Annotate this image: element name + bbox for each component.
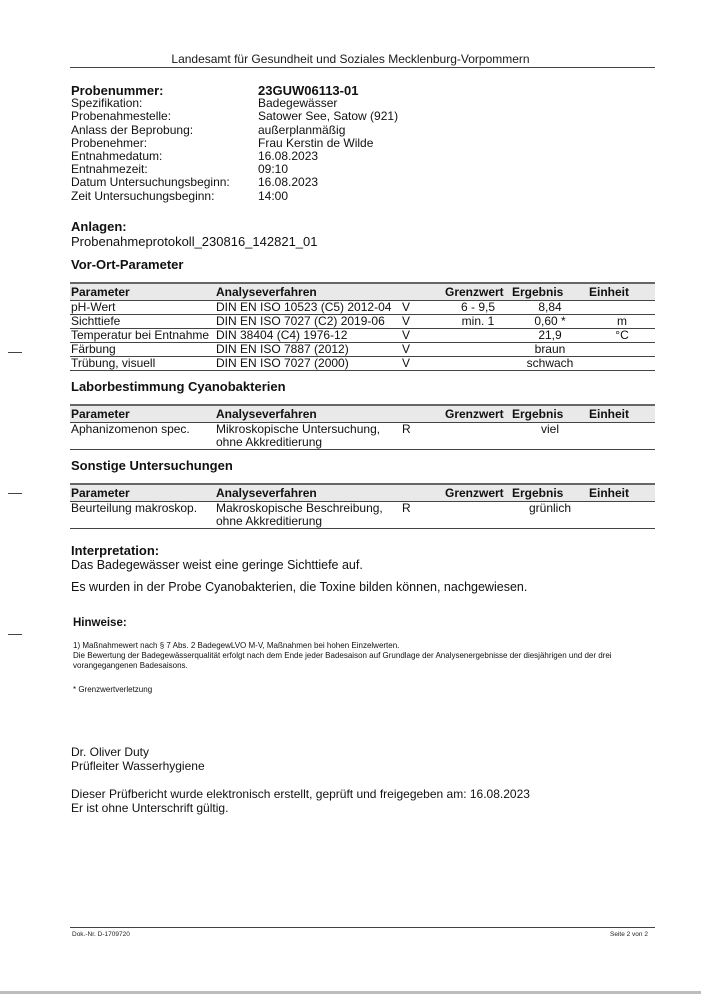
cell-limit bbox=[444, 423, 511, 450]
signatory-name: Dr. Oliver Duty bbox=[71, 745, 149, 759]
interpretation-heading: Interpretation: bbox=[71, 543, 159, 558]
fold-mark bbox=[8, 493, 22, 494]
info-value: 16.08.2023 bbox=[258, 176, 318, 189]
cell-parameter: Trübung, visuell bbox=[70, 357, 215, 371]
cell-unit bbox=[588, 502, 655, 529]
cell-parameter: Färbung bbox=[70, 343, 215, 357]
info-row-analysis-date: Datum Untersuchungsbeginn: 16.08.2023 bbox=[71, 176, 398, 189]
document-number: Dok.-Nr. D-1709720 bbox=[72, 931, 130, 938]
cell-limit bbox=[444, 329, 511, 343]
cell-limit: 6 - 9,5 bbox=[444, 301, 511, 315]
viewer-scrollbar-edge bbox=[0, 991, 701, 994]
attachments-heading: Anlagen: bbox=[71, 219, 127, 234]
section-title-other: Sonstige Untersuchungen bbox=[71, 458, 233, 473]
cell-parameter: Aphanizomenon spec. bbox=[70, 423, 215, 450]
col-header-unit: Einheit bbox=[588, 283, 655, 301]
cell-limit: min. 1 bbox=[444, 315, 511, 329]
col-header-method: Analyseverfahren bbox=[215, 405, 401, 423]
info-value: 14:00 bbox=[258, 190, 288, 203]
cell-unit bbox=[588, 423, 655, 450]
cell-accreditation: V bbox=[401, 343, 444, 357]
cell-result: braun bbox=[511, 343, 588, 357]
method-line-2: ohne Akkreditierung bbox=[216, 436, 401, 449]
cell-method: DIN 38404 (C4) 1976-12 bbox=[215, 329, 401, 343]
notes-line-2: Die Bewertung der Badegewässerqualität e… bbox=[73, 651, 633, 671]
info-label: Anlass der Beprobung: bbox=[71, 124, 258, 137]
method-line-2: ohne Akkreditierung bbox=[216, 515, 401, 528]
col-header-limit: Grenzwert bbox=[444, 405, 511, 423]
cell-limit bbox=[444, 343, 511, 357]
cell-accreditation: V bbox=[401, 357, 444, 371]
cell-result: grünlich bbox=[511, 502, 588, 529]
cell-accreditation: V bbox=[401, 329, 444, 343]
col-header-result: Ergebnis bbox=[511, 283, 588, 301]
info-row-sampling-site: Probenahmestelle: Satower See, Satow (92… bbox=[71, 110, 398, 123]
cell-method: Makroskopische Beschreibung, ohne Akkred… bbox=[215, 502, 401, 529]
table-row: Aphanizomenon spec. Mikroskopische Unter… bbox=[70, 423, 655, 450]
cyanobacteria-results-table: Parameter Analyseverfahren Grenzwert Erg… bbox=[70, 404, 655, 450]
cell-result: schwach bbox=[511, 357, 588, 371]
section-title-cyanobacteria: Laborbestimmung Cyanobakterien bbox=[71, 379, 286, 394]
col-header-parameter: Parameter bbox=[70, 484, 215, 502]
other-results-table: Parameter Analyseverfahren Grenzwert Erg… bbox=[70, 483, 655, 529]
organization-header: Landesamt für Gesundheit und Soziales Me… bbox=[0, 52, 701, 66]
cell-accreditation: V bbox=[401, 315, 444, 329]
info-row-reason: Anlass der Beprobung: außerplanmäßig bbox=[71, 124, 398, 137]
table-header-row: Parameter Analyseverfahren Grenzwert Erg… bbox=[70, 484, 655, 502]
col-header-accreditation bbox=[401, 484, 444, 502]
col-header-accreditation bbox=[401, 405, 444, 423]
info-label: Zeit Untersuchungsbeginn: bbox=[71, 190, 258, 203]
cell-result: viel bbox=[511, 423, 588, 450]
release-statement: Dieser Prüfbericht wurde elektronisch er… bbox=[71, 787, 530, 801]
header-divider bbox=[70, 67, 655, 68]
col-header-limit: Grenzwert bbox=[444, 283, 511, 301]
col-header-unit: Einheit bbox=[588, 405, 655, 423]
info-row-analysis-time: Zeit Untersuchungsbeginn: 14:00 bbox=[71, 190, 398, 203]
cell-unit bbox=[588, 301, 655, 315]
col-header-method: Analyseverfahren bbox=[215, 283, 401, 301]
table-row: Trübung, visuell DIN EN ISO 7027 (2000) … bbox=[70, 357, 655, 371]
page-number: Seite 2 von 2 bbox=[610, 931, 648, 938]
table-header-row: Parameter Analyseverfahren Grenzwert Erg… bbox=[70, 405, 655, 423]
limit-violation-note: * Grenzwertverletzung bbox=[73, 685, 152, 694]
table-row: pH-Wert DIN EN ISO 10523 (C5) 2012-04 V … bbox=[70, 301, 655, 315]
sample-info-block: Probenummer: 23GUW06113-01 Spezifikation… bbox=[71, 84, 398, 203]
notes-heading: Hinweise: bbox=[73, 617, 127, 629]
cell-result: 8,84 bbox=[511, 301, 588, 315]
info-value: Satower See, Satow (921) bbox=[258, 110, 398, 123]
cell-result: 0,60 * bbox=[511, 315, 588, 329]
cell-unit: m bbox=[588, 315, 655, 329]
cell-method: DIN EN ISO 7887 (2012) bbox=[215, 343, 401, 357]
info-label: Probenahmestelle: bbox=[71, 110, 258, 123]
table-row: Sichttiefe DIN EN ISO 7027 (C2) 2019-06 … bbox=[70, 315, 655, 329]
fold-mark bbox=[8, 352, 22, 353]
cell-method: DIN EN ISO 7027 (2000) bbox=[215, 357, 401, 371]
cell-method: DIN EN ISO 7027 (C2) 2019-06 bbox=[215, 315, 401, 329]
cell-accreditation: V bbox=[401, 301, 444, 315]
cell-parameter: Sichttiefe bbox=[70, 315, 215, 329]
section-title-onsite: Vor-Ort-Parameter bbox=[71, 257, 183, 272]
attachment-file: Probenahmeprotokoll_230816_142821_01 bbox=[71, 234, 318, 249]
cell-parameter: pH-Wert bbox=[70, 301, 215, 315]
table-row: Färbung DIN EN ISO 7887 (2012) V braun bbox=[70, 343, 655, 357]
col-header-limit: Grenzwert bbox=[444, 484, 511, 502]
col-header-result: Ergebnis bbox=[511, 484, 588, 502]
cell-parameter: Beurteilung makroskop. bbox=[70, 502, 215, 529]
cell-unit bbox=[588, 343, 655, 357]
notes-body: 1) Maßnahmewert nach § 7 Abs. 2 BadegewL… bbox=[73, 641, 633, 671]
footer-divider bbox=[70, 927, 655, 928]
table-row: Beurteilung makroskop. Makroskopische Be… bbox=[70, 502, 655, 529]
cell-accreditation: R bbox=[401, 423, 444, 450]
interpretation-line-1: Das Badegewässer weist eine geringe Sich… bbox=[71, 558, 363, 572]
cell-limit bbox=[444, 357, 511, 371]
cell-result: 21,9 bbox=[511, 329, 588, 343]
punch-mark bbox=[8, 634, 22, 635]
cell-parameter: Temperatur bei Entnahme bbox=[70, 329, 215, 343]
col-header-unit: Einheit bbox=[588, 484, 655, 502]
validity-statement: Er ist ohne Unterschrift gültig. bbox=[71, 801, 228, 815]
col-header-parameter: Parameter bbox=[70, 283, 215, 301]
col-header-method: Analyseverfahren bbox=[215, 484, 401, 502]
cell-unit bbox=[588, 357, 655, 371]
table-row: Temperatur bei Entnahme DIN 38404 (C4) 1… bbox=[70, 329, 655, 343]
cell-accreditation: R bbox=[401, 502, 444, 529]
info-label: Datum Untersuchungsbeginn: bbox=[71, 176, 258, 189]
col-header-accreditation bbox=[401, 283, 444, 301]
notes-line-1: 1) Maßnahmewert nach § 7 Abs. 2 BadegewL… bbox=[73, 641, 633, 651]
interpretation-line-2: Es wurden in der Probe Cyanobakterien, d… bbox=[71, 580, 527, 594]
cell-limit bbox=[444, 502, 511, 529]
cell-unit: °C bbox=[588, 329, 655, 343]
table-header-row: Parameter Analyseverfahren Grenzwert Erg… bbox=[70, 283, 655, 301]
col-header-result: Ergebnis bbox=[511, 405, 588, 423]
cell-method: DIN EN ISO 10523 (C5) 2012-04 bbox=[215, 301, 401, 315]
signatory-role: Prüfleiter Wasserhygiene bbox=[71, 759, 205, 773]
cell-method: Mikroskopische Untersuchung, ohne Akkred… bbox=[215, 423, 401, 450]
col-header-parameter: Parameter bbox=[70, 405, 215, 423]
info-value: außerplanmäßig bbox=[258, 124, 345, 137]
onsite-results-table: Parameter Analyseverfahren Grenzwert Erg… bbox=[70, 282, 655, 371]
